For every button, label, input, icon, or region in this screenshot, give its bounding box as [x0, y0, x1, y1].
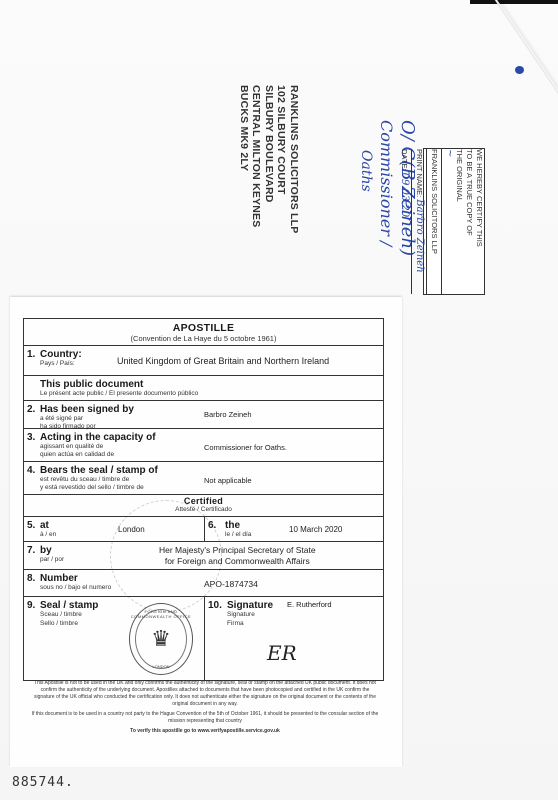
field-number: 5. — [27, 520, 35, 531]
date-label: DATE: — [400, 149, 409, 171]
print-name-label: PRINT NAME: — [415, 149, 424, 197]
field-number: 10. — [208, 600, 222, 611]
seal-ring-text: FOREIGN AND COMMONWEALTH OFFICE — [130, 609, 192, 619]
label-sub: le / el día — [225, 531, 251, 539]
address-line: SILBURY BOULEVARD — [263, 85, 276, 234]
field-capacity: 3. Acting in the capacity of agissant en… — [24, 428, 383, 461]
royal-crest-icon: ♛ — [151, 626, 171, 652]
field-number: 7. — [27, 545, 35, 556]
solicitor-address-stamp: RANKLINS SOLICITORS LLP 102 SILBURY COUR… — [238, 85, 301, 234]
stamp-line: THE ORIGINAL — [454, 149, 464, 294]
label-main: Has been signed by — [40, 404, 134, 415]
address-line: RANKLINS SOLICITORS LLP — [288, 85, 301, 234]
apostille-sheet: APOSTILLE (Convention de La Haye du 5 oc… — [10, 297, 402, 767]
stamp-firm: FRANKLINS SOLICITORS LLP — [429, 149, 439, 294]
label-sub: sous no / bajo el numero — [40, 584, 111, 592]
apostille-number-value: APO-1874734 — [204, 579, 258, 589]
label-sub: Signature — [227, 611, 273, 620]
field-the: 6. the le / el día 10 March 2020 — [205, 517, 383, 541]
stamp-divider — [426, 149, 427, 294]
field-label: Signature Signature Firma — [227, 600, 273, 628]
apostille-title: APOSTILLE — [24, 322, 383, 334]
page-fold-edge — [470, 0, 558, 4]
field-by: 7. by par / por Her Majesty's Principal … — [24, 541, 383, 569]
by-value-line: Her Majesty's Principal Secretary of Sta… — [159, 545, 316, 556]
field-number: 2. — [27, 404, 35, 415]
footer-disclaimer: This Apostille is not to be used in the … — [30, 680, 380, 708]
label-main: Number — [40, 573, 111, 584]
field-label: Has been signed by a été signé par ha si… — [40, 404, 134, 431]
field-number: 8. — [27, 573, 35, 584]
label-main: This public document — [40, 379, 198, 390]
field-number: 8. Number sous no / bajo el numero APO-1… — [24, 569, 383, 596]
certified-title: Certified — [24, 496, 383, 506]
by-value-line: for Foreign and Commonwealth Affairs — [159, 556, 316, 567]
label-main: Acting in the capacity of — [40, 432, 156, 443]
field-label: This public document Le présent acte pub… — [40, 379, 198, 398]
footer-verify-link: To verify this apostille go to www.verif… — [30, 728, 380, 735]
label-sub: agissant en qualité de — [40, 443, 156, 451]
apostille-subtitle: (Convention de La Haye du 5 octobre 1961… — [24, 334, 383, 343]
label-sub: Firma — [227, 620, 273, 629]
label-main: at — [40, 520, 56, 531]
label-sub: Sello / timbre — [40, 620, 98, 629]
label-sub: Pays / País: — [40, 360, 82, 368]
label-sub: Le présent acte public / El presente doc… — [40, 390, 198, 398]
capacity-value: Commissioner for Oaths. — [204, 443, 287, 452]
label-main: by — [40, 545, 64, 556]
signature-mark: ER — [267, 641, 297, 665]
label-sub: Sceau / timbre — [40, 611, 98, 620]
label-sub: à / en — [40, 531, 56, 539]
field-place-date: 5. at à / en London 6. the le / el día 1… — [24, 516, 383, 541]
field-number: 9. — [27, 600, 35, 611]
date-value: 09.03.20 — [399, 173, 410, 218]
address-line: BUCKS MK9 2LY — [238, 85, 251, 234]
field-number: 4. — [27, 465, 35, 476]
stamp-divider — [441, 149, 442, 294]
stamp-divider — [411, 149, 412, 294]
handwritten-note-2: Commissioner / — [377, 120, 396, 246]
print-name-value: Barbro Zeineh — [414, 199, 425, 272]
apostille-header: APOSTILLE (Convention de La Haye du 5 oc… — [24, 319, 383, 345]
field-label: Number sous no / bajo el numero — [40, 573, 111, 592]
stamp-print-name: PRINT NAME: Barbro Zeineh — [414, 149, 424, 294]
true-copy-stamp-text: WE HEREBY CERTIFY THIS TO BE A TRUE COPY… — [399, 149, 484, 294]
fco-seal-stamp: FOREIGN AND COMMONWEALTH OFFICE ♛ LONDON — [129, 603, 193, 675]
field-signature: 10. Signature Signature Firma E. Rutherf… — [205, 597, 383, 680]
label-sub: est revêtu du sceau / timbre de — [40, 476, 158, 484]
label-sub: y está revestido del sello / timbre de — [40, 484, 158, 492]
field-label: at à / en — [40, 520, 56, 539]
true-copy-stamp: WE HEREBY CERTIFY THIS TO BE A TRUE COPY… — [423, 148, 485, 295]
field-label: the le / el día — [225, 520, 251, 539]
field-number: 3. — [27, 432, 35, 443]
seal-of-value: Not applicable — [204, 476, 252, 485]
label-main: Seal / stamp — [40, 600, 98, 611]
seal-bottom-text: LONDON — [130, 664, 192, 669]
stamp-line: WE HEREBY CERTIFY THIS — [474, 149, 484, 294]
field-label: Bears the seal / stamp of est revêtu du … — [40, 465, 158, 492]
country-value: United Kingdom of Great Britain and Nort… — [117, 356, 329, 366]
address-line: 102 SILBURY COURT — [275, 85, 288, 234]
label-main: Country: — [40, 349, 82, 360]
handwritten-reference-number: 885744. — [12, 775, 74, 790]
label-sub: quien actúa en calidad de — [40, 451, 156, 459]
apostille-table: APOSTILLE (Convention de La Haye du 5 oc… — [23, 318, 384, 681]
label-main: Bears the seal / stamp of — [40, 465, 158, 476]
signed-by-value: Barbro Zeineh — [204, 410, 252, 419]
field-country: 1. Country: Pays / País: United Kingdom … — [24, 345, 383, 375]
label-main: Signature — [227, 600, 273, 611]
field-signed-by: 2. Has been signed by a été signé par ha… — [24, 400, 383, 428]
apostille-footer: This Apostille is not to be used in the … — [30, 680, 380, 735]
signatory-name: E. Rutherford — [287, 600, 332, 609]
field-number: 1. — [27, 349, 35, 360]
certified-header: Certified Attesté / Certificado — [24, 494, 383, 516]
ink-mark — [515, 66, 524, 74]
field-label: by par / por — [40, 545, 64, 564]
field-label: Country: Pays / País: — [40, 349, 82, 368]
handwritten-note-3: Oaths — [358, 150, 374, 192]
field-seal-of: 4. Bears the seal / stamp of est revêtu … — [24, 461, 383, 494]
stamp-date: DATE: 09.03.20 — [399, 149, 409, 294]
label-main: the — [225, 520, 251, 531]
certified-subtitle: Attesté / Certificado — [24, 506, 383, 513]
field-at: 5. at à / en London — [24, 517, 205, 541]
label-sub: a été signé par — [40, 415, 134, 423]
stamp-signature: ~ — [444, 149, 454, 294]
by-value: Her Majesty's Principal Secretary of Sta… — [159, 545, 316, 567]
label-sub: par / por — [40, 556, 64, 564]
address-line: CENTRAL MILTON KEYNES — [250, 85, 263, 234]
date-value: 10 March 2020 — [289, 525, 342, 534]
stamp-line: TO BE A TRUE COPY OF — [464, 149, 474, 294]
field-seal-stamp: 9. Seal / stamp Sceau / timbre Sello / t… — [24, 597, 205, 680]
field-label: Acting in the capacity of agissant en qu… — [40, 432, 156, 459]
field-number: 6. — [208, 520, 216, 531]
field-seal-signature: 9. Seal / stamp Sceau / timbre Sello / t… — [24, 596, 383, 680]
footer-hague-note: If this document is to be used in a coun… — [30, 711, 380, 725]
at-value: London — [118, 525, 145, 534]
field-label: Seal / stamp Sceau / timbre Sello / timb… — [40, 600, 98, 628]
field-public-document: This public document Le présent acte pub… — [24, 375, 383, 400]
